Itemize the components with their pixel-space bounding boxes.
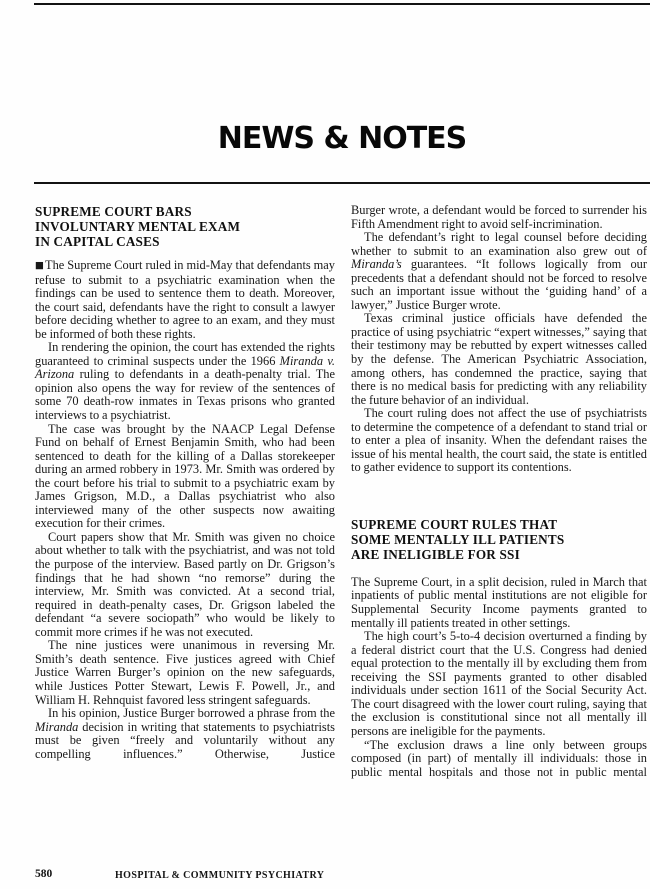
text-run: The nine justices were unanimous in reve… [35, 638, 335, 706]
masthead-title: NEWS & NOTES [34, 121, 650, 156]
text-run: ruling to defendants in a death-penalty … [35, 367, 335, 422]
page-number: 580 [35, 868, 52, 880]
article1-body-right: Burger wrote, a defendant would be force… [351, 204, 647, 475]
text-run: Burger wrote, a defendant would be force… [351, 203, 647, 231]
paragraph: In his opinion, Justice Burger borrowed … [35, 707, 335, 761]
text-run: The court ruling does not affect the use… [351, 406, 647, 474]
paragraph: Texas criminal justice officials have de… [351, 312, 647, 407]
text-run: The case was brought by the NAACP Legal … [35, 422, 335, 531]
article1-heading: SUPREME COURT BARS INVOLUNTARY MENTAL EX… [35, 204, 335, 249]
paragraph: The Supreme Court, in a split decision, … [351, 576, 647, 630]
right-column: Burger wrote, a defendant would be force… [351, 204, 647, 779]
paragraph: The defendant’s right to legal counsel b… [351, 231, 647, 312]
square-bullet-icon: ■ [35, 260, 44, 271]
text-run: Texas criminal justice officials have de… [351, 311, 647, 406]
paragraph: Court papers show that Mr. Smith was giv… [35, 531, 335, 639]
article-columns: SUPREME COURT BARS INVOLUNTARY MENTAL EX… [35, 204, 647, 779]
italic-text-run: Miranda’s [351, 257, 402, 271]
paragraph: The nine justices were unanimous in reve… [35, 639, 335, 707]
paragraph: ■The Supreme Court ruled in mid-May that… [35, 259, 335, 341]
paragraph: The court ruling does not affect the use… [351, 407, 647, 475]
text-run: decision in writing that statements to p… [35, 720, 335, 761]
text-run: The Supreme Court ruled in mid-May that … [35, 258, 335, 341]
heading-line: SUPREME COURT BARS [35, 204, 335, 219]
heading-line: ARE INELIGIBLE FOR SSI [351, 547, 647, 562]
article1-body-left: ■The Supreme Court ruled in mid-May that… [35, 259, 335, 761]
heading-line: INVOLUNTARY MENTAL EXAM [35, 219, 335, 234]
page-footer: 580 HOSPITAL & COMMUNITY PSYCHIATRY [0, 868, 650, 884]
paragraph: “The exclusion draws a line only between… [351, 739, 647, 780]
journal-title: HOSPITAL & COMMUNITY PSYCHIATRY [115, 870, 324, 881]
italic-text-run: Miranda [35, 720, 78, 734]
left-column: SUPREME COURT BARS INVOLUNTARY MENTAL EX… [35, 204, 335, 779]
top-rule [34, 3, 650, 5]
text-run: In his opinion, Justice Burger borrowed … [48, 706, 335, 720]
paragraph: The case was brought by the NAACP Legal … [35, 423, 335, 531]
text-run: The defendant’s right to legal counsel b… [351, 230, 647, 258]
paragraph: In rendering the opinion, the court has … [35, 341, 335, 422]
heading-line: IN CAPITAL CASES [35, 234, 335, 249]
text-run: “The exclusion draws a line only between… [351, 738, 647, 779]
heading-line: SUPREME COURT RULES THAT [351, 517, 647, 532]
heading-line: SOME MENTALLY ILL PATIENTS [351, 532, 647, 547]
article2-heading: SUPREME COURT RULES THAT SOME MENTALLY I… [351, 517, 647, 562]
masthead-rule [34, 182, 650, 184]
article2-body: The Supreme Court, in a split decision, … [351, 576, 647, 779]
paragraph: Burger wrote, a defendant would be force… [351, 204, 647, 231]
text-run: The Supreme Court, in a split decision, … [351, 575, 647, 630]
paragraph: The high court’s 5-to-4 decision overtur… [351, 630, 647, 738]
page: { "masthead": { "title": "NEWS & NOTES" … [0, 0, 650, 889]
text-run: Court papers show that Mr. Smith was giv… [35, 530, 335, 639]
text-run: The high court’s 5-to-4 decision overtur… [351, 629, 647, 738]
